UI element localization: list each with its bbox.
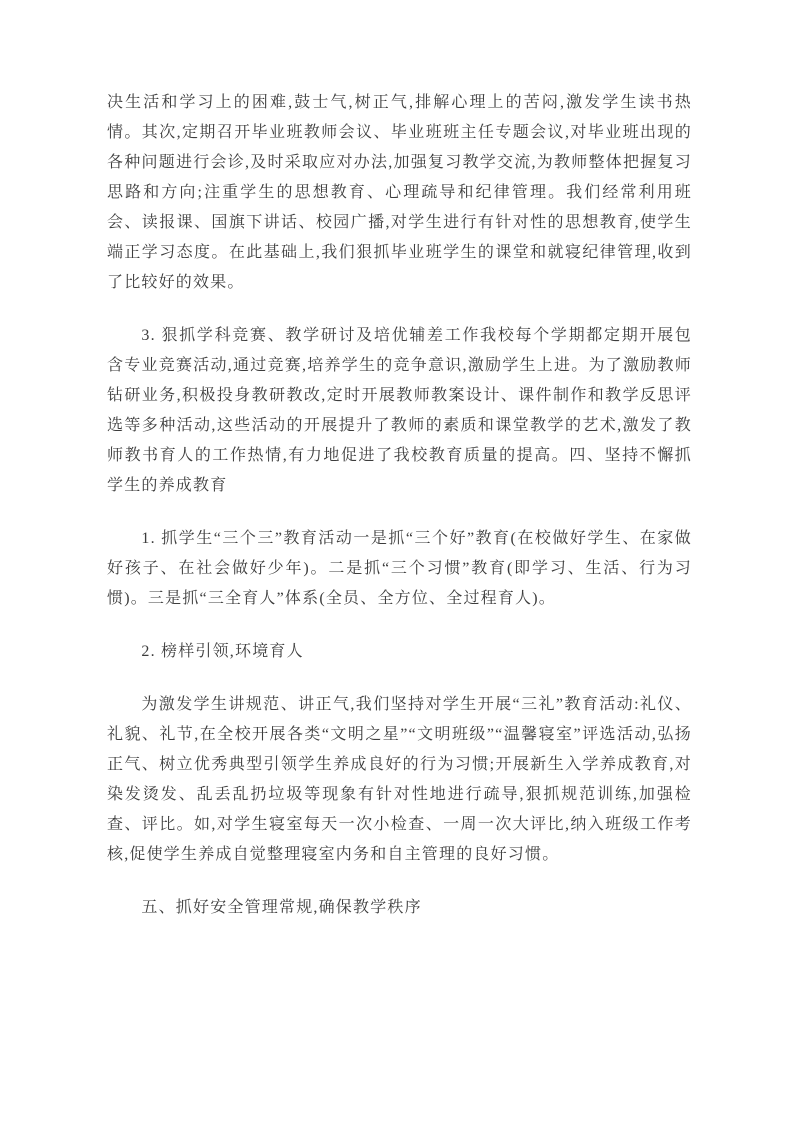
section-heading-5-safety-management: 五、抓好安全管理常规,确保教学秩序 — [107, 893, 692, 923]
paragraph-item-1-three-threes: 1. 抓学生“三个三”教育活动一是抓“三个好”教育(在校做好学生、在家做好孩子、… — [107, 524, 692, 614]
paragraph-item-2-role-models: 2. 榜样引领,环境育人 — [107, 637, 692, 667]
document-page: 决生活和学习上的困难,鼓士气,树正气,排解心理上的苦闷,激发学生读书热情。其次,… — [0, 0, 800, 1131]
paragraph-item-3-competitions: 3. 狠抓学科竞赛、教学研讨及培优辅差工作我校每个学期都定期开展包含专业竞赛活动… — [107, 321, 692, 501]
paragraph-three-rites-education: 为激发学生讲规范、讲正气,我们坚持对学生开展“三礼”教育活动:礼仪、礼貌、礼节,… — [107, 690, 692, 870]
paragraph-continuation: 决生活和学习上的困难,鼓士气,树正气,排解心理上的苦闷,激发学生读书热情。其次,… — [107, 88, 692, 298]
document-body: 决生活和学习上的困难,鼓士气,树正气,排解心理上的苦闷,激发学生读书热情。其次,… — [0, 0, 800, 923]
